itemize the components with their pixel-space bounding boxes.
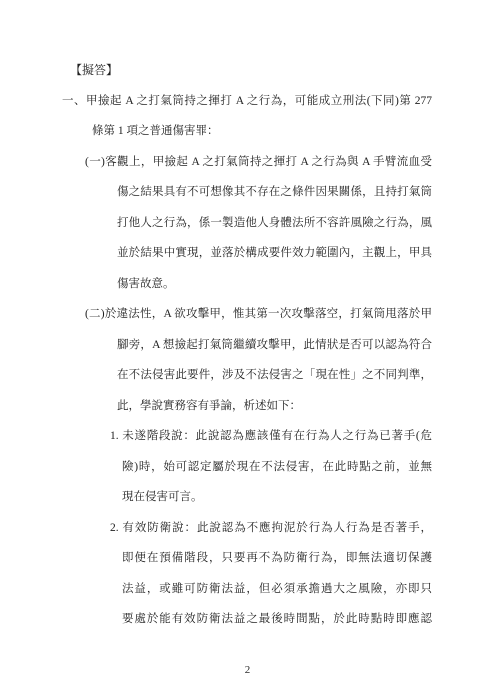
text-line: 要處於能有效防衛法益之最後時間點，於此時點時即應認 — [122, 604, 432, 635]
text-line: 傷之結果具有不可想像其不存在之條件因果關係，且持打氣筒揮 — [117, 177, 432, 208]
text-line: 2. 有效防衛說：此說認為不應拘泥於行為人行為是否著手， — [110, 513, 432, 544]
text-line: 現在侵害可言。 — [122, 482, 495, 513]
text-line: 即便在預備階段，只要再不為防衛行為，即無法適切保護 — [122, 543, 432, 574]
text-line: 1. 未遂階段說：此說認為應該僅有在行為人之行為已著手(危 — [110, 421, 432, 452]
text-line: 並於結果中實現，並落於構成要件效力範圍內，主觀上，甲具有 — [117, 238, 432, 269]
text-line: 法益，或雖可防衛法益，但必須承擔過大之風險，亦即只 — [122, 574, 432, 605]
text-line: 腳旁，A 想撿起打氣筒繼續攻擊甲，此情狀是否可以認為符合現 — [117, 330, 432, 361]
text-line: (二)於違法性，A 欲攻擊甲，惟其第一次攻擊落空，打氣筒甩落於甲 — [85, 299, 432, 330]
text-line: (一)客觀上，甲撿起 A 之打氣筒持之揮打 A 之行為與 A 手臂流血受 — [85, 147, 432, 178]
page-number: 2 — [0, 662, 495, 678]
document-page: 【擬答】 一、甲撿起 A 之打氣筒持之揮打 A 之行為，可能成立刑法(下同)第 … — [0, 0, 495, 700]
text-line: 打他人之行為，係一製造他人身體法所不容許風險之行為，風險 — [117, 208, 432, 239]
text-line: 條第 1 項之普通傷害罪： — [92, 116, 495, 147]
text-line: 險)時，始可認定屬於現在不法侵害，在此時點之前，並無 — [122, 452, 432, 483]
document-body: 【擬答】 一、甲撿起 A 之打氣筒持之揮打 A 之行為，可能成立刑法(下同)第 … — [0, 55, 495, 635]
text-line: 傷害故意。 — [117, 269, 495, 300]
text-line: 一、甲撿起 A 之打氣筒持之揮打 A 之行為，可能成立刑法(下同)第 277 — [62, 86, 432, 117]
text-line: 在不法侵害此要件，涉及不法侵害之「現在性」之不同判準，對 — [117, 360, 432, 391]
text-line: 此，學說實務容有爭論，析述如下： — [117, 391, 495, 422]
answer-heading: 【擬答】 — [70, 55, 495, 86]
